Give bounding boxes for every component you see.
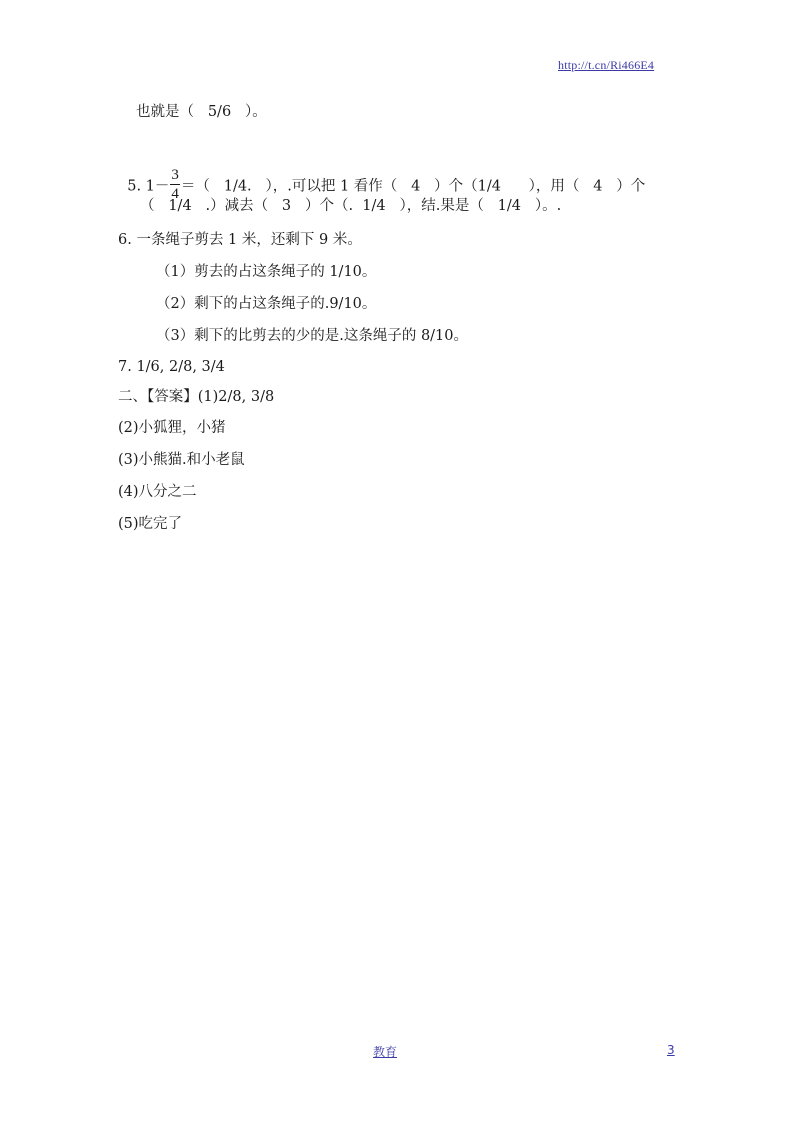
section-2-answer-3: (3)小熊猫.和小老鼠 bbox=[118, 450, 245, 470]
question-5-line-1-rest: ＝（ 1/4. ），.可以把 1 看作（ 4 ）个（1/4 ），用（ 4 ）个 bbox=[181, 179, 645, 195]
answer-line-also: 也就是（ 5/6 ）。 bbox=[136, 102, 267, 122]
section-2-answer-4: (4)八分之二 bbox=[118, 482, 197, 502]
question-6-item-1: （1）剪去的占这条绳子的 1/10。 bbox=[156, 262, 376, 282]
footer-page-number[interactable]: 3 bbox=[667, 1043, 675, 1057]
question-6-item-3: （3）剩下的比剪去的少的是.这条绳子的 8/10。 bbox=[156, 326, 468, 346]
question-5-line-2: （ 1/4 .）减去（ 3 ）个（. 1/4 ），结.果是（ 1/4 ）。. bbox=[140, 196, 561, 216]
header-url-link[interactable]: http://t.cn/Ri466E4 bbox=[558, 58, 654, 73]
footer-education-link[interactable]: 教育 bbox=[373, 1043, 397, 1060]
section-2-header: 二、【答案】(1)2/8, 3/8 bbox=[118, 387, 274, 407]
question-7-answer: 7. 1/6, 2/8, 3/4 bbox=[118, 357, 225, 377]
section-2-answer-2: (2)小狐狸，小猪 bbox=[118, 418, 226, 438]
question-6-title: 6. 一条绳子剪去 1 米，还剩下 9 米。 bbox=[118, 230, 362, 250]
section-2-answer-5: (5)吃完了 bbox=[118, 514, 182, 534]
question-6-item-2: （2）剩下的占这条绳子的.9/10。 bbox=[156, 294, 376, 314]
question-5-prefix: 5. 1－ bbox=[127, 179, 169, 195]
fraction-numerator: 3 bbox=[170, 166, 180, 185]
